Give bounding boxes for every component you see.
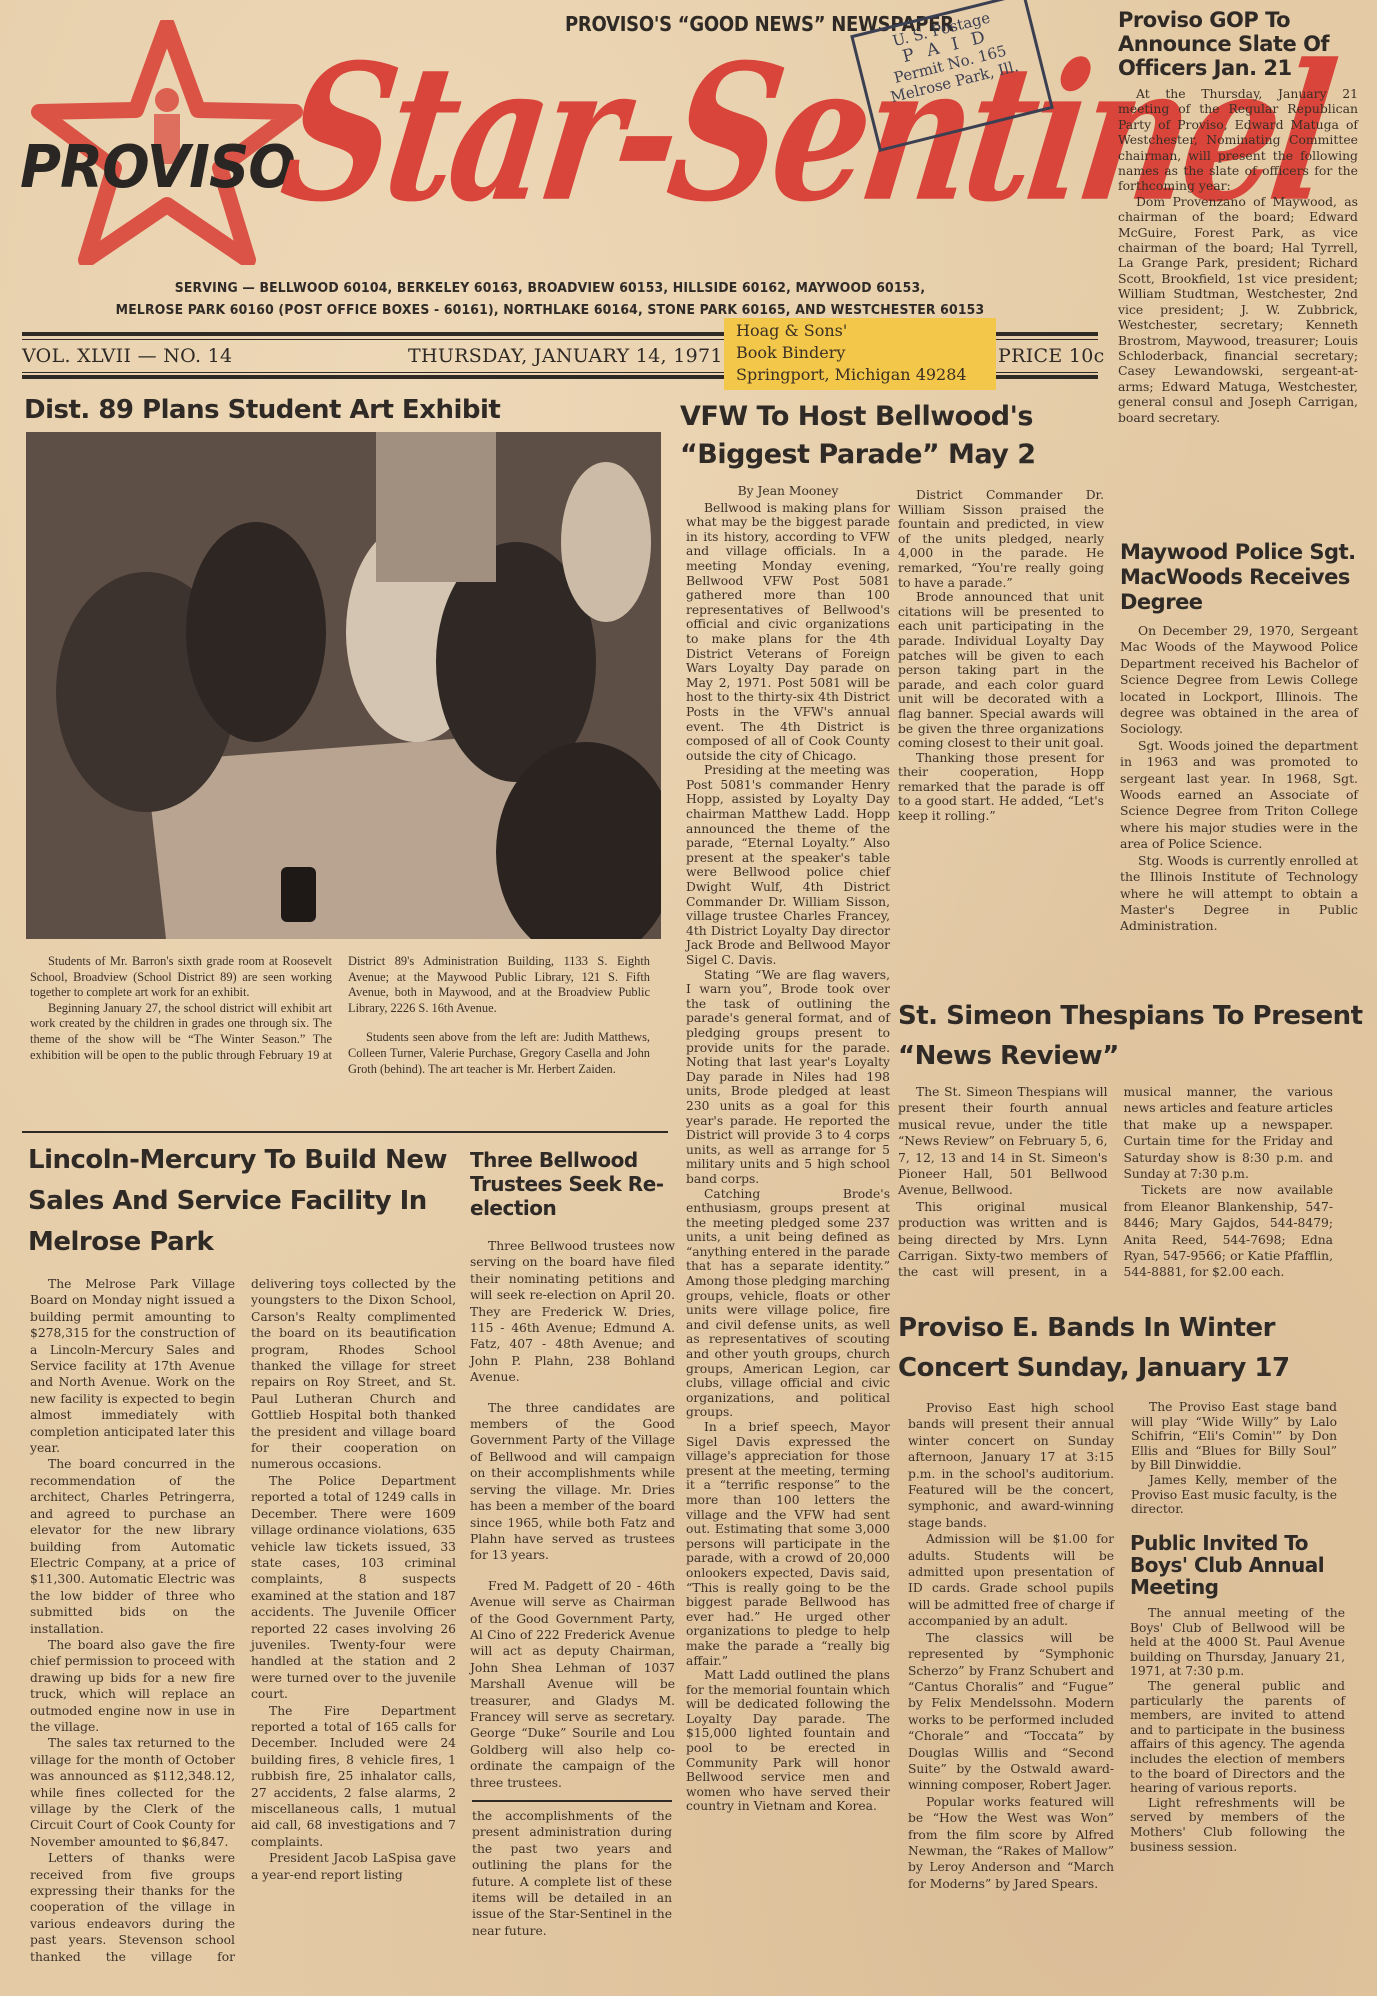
label-line: Hoag & Sons' — [736, 320, 984, 342]
paragraph: Sgt. Woods joined the department in 1963… — [1120, 738, 1358, 853]
paragraph: The sales tax returned to the village fo… — [30, 1735, 235, 1850]
photo-figures-icon — [26, 432, 661, 939]
headline: Public Invited To Boys' Club Annual Meet… — [1130, 1532, 1345, 1598]
serving-line-2: MELROSE PARK 60160 (POST OFFICE BOXES - … — [44, 302, 1056, 318]
paragraph: District Commander Dr. William Sisson pr… — [898, 488, 1104, 590]
headline: Maywood Police Sgt. MacWoods Receives De… — [1120, 540, 1358, 615]
article-trustees: Three Bellwood Trustees Seek Re-election… — [470, 1148, 675, 1791]
paragraph: The Proviso East stage band will play “W… — [1131, 1400, 1337, 1473]
paragraph: The classics will be represented by “Sym… — [908, 1630, 1114, 1794]
headline: Lincoln-Mercury To Build New Sales And S… — [28, 1140, 448, 1263]
paragraph: On December 29, 1970, Sergeant Mac Woods… — [1120, 623, 1358, 738]
paragraph: The Police Department reported a total o… — [251, 1473, 456, 1703]
paragraph: In a brief speech, Mayor Sigel Davis exp… — [686, 1420, 890, 1668]
divider — [22, 1131, 668, 1133]
volume-number: VOL. XLVII — NO. 14 — [22, 345, 232, 367]
paragraph: The Melrose Park Village Board on Monday… — [30, 1276, 235, 1456]
paragraph: Stg. Woods is currently enrolled at the … — [1120, 853, 1358, 935]
article-gop-slate: Proviso GOP To Announce Slate Of Officer… — [1118, 8, 1358, 425]
student-art-photo — [26, 432, 661, 939]
article-thespians: St. Simeon Thespians To Present “News Re… — [898, 996, 1368, 1281]
paragraph: Admission will be $1.00 for adults. Stud… — [908, 1531, 1114, 1629]
paragraph: Fred M. Padgett of 20 - 46th Avenue will… — [470, 1578, 675, 1791]
article-bands-col2: The Proviso East stage band will play “W… — [1131, 1400, 1337, 1517]
label-line: Book Bindery — [736, 342, 984, 364]
paragraph: Proviso East high school bands will pres… — [908, 1400, 1114, 1531]
paragraph: Brode announced that unit citations will… — [898, 590, 1104, 751]
paragraph: Presiding at the meeting was Post 5081's… — [686, 763, 890, 967]
paragraph: Popular works featured will be “How the … — [908, 1794, 1114, 1892]
article-lincoln-mercury: Lincoln-Mercury To Build New Sales And S… — [28, 1140, 448, 1263]
paragraph: The three candidates are members of the … — [470, 1400, 675, 1564]
headline: Proviso E. Bands In Winter Concert Sunda… — [898, 1308, 1368, 1388]
paragraph: Matt Ladd outlined the plans for the mem… — [686, 1668, 890, 1814]
paragraph: Thanking those present for their coopera… — [898, 751, 1104, 824]
paragraph: Tickets are now available from Eleanor B… — [1124, 1182, 1334, 1280]
article-vfw-parade: VFW To Host Bellwood's “Biggest Parade” … — [680, 398, 1120, 474]
paragraph: Students of Mr. Barron's sixth grade roo… — [30, 954, 332, 1001]
paragraph: Catching Brode's enthusiasm, groups pres… — [686, 1187, 890, 1421]
headline-art-exhibit: Dist. 89 Plans Student Art Exhibit — [24, 396, 500, 426]
article-bands-col1: Proviso East high school bands will pres… — [908, 1400, 1114, 1892]
paragraph: The Fire Department reported a total of … — [251, 1703, 456, 1851]
article-vfw-col1: By Jean Mooney Bellwood is making plans … — [686, 484, 890, 1814]
paragraph: President Jacob LaSpisa gave a year-end … — [251, 1850, 456, 1883]
paragraph: The general public and particularly the … — [1130, 1679, 1345, 1796]
label-line: Springport, Michigan 49284 — [736, 364, 984, 386]
article-art-exhibit-body: Students of Mr. Barron's sixth grade roo… — [30, 954, 650, 1077]
headline: St. Simeon Thespians To Present “News Re… — [898, 996, 1368, 1076]
headline: Three Bellwood Trustees Seek Re-election — [470, 1148, 675, 1220]
paragraph: The St. Simeon Thespians will present th… — [898, 1084, 1108, 1199]
article-lincoln-mercury-continued: the accomplishments of the present admin… — [472, 1808, 672, 1939]
paragraph: James Kelly, member of the Proviso East … — [1131, 1473, 1337, 1517]
headline: VFW To Host Bellwood's “Biggest Parade” … — [680, 398, 1120, 474]
paragraph: Bellwood is making plans for what may be… — [686, 501, 890, 764]
article-boys-club: Public Invited To Boys' Club Annual Meet… — [1130, 1532, 1345, 1854]
article-police-degree: Maywood Police Sgt. MacWoods Receives De… — [1120, 540, 1358, 935]
article-bands-concert: Proviso E. Bands In Winter Concert Sunda… — [898, 1308, 1368, 1388]
article-vfw-col2: District Commander Dr. William Sisson pr… — [898, 488, 1104, 824]
byline: By Jean Mooney — [686, 484, 890, 499]
proviso-logo-text: PROVISO — [20, 133, 295, 201]
paragraph: Dom Provenzano of Maywood, as chairman o… — [1118, 194, 1358, 425]
paragraph: Three Bellwood trustees now serving on t… — [470, 1238, 675, 1386]
price: PRICE 10c — [998, 345, 1105, 367]
paragraph: The board also gave the fire chief permi… — [30, 1637, 235, 1735]
paragraph: Students seen above from the left are: J… — [348, 1030, 650, 1077]
paragraph: Stating “We are flag wavers, I warn you”… — [686, 968, 890, 1187]
paragraph: The board concurred in the recommendatio… — [30, 1456, 235, 1636]
serving-line-1: SERVING — BELLWOOD 60104, BERKELEY 60163… — [44, 280, 1056, 296]
paragraph: The annual meeting of the Boys' Club of … — [1130, 1606, 1345, 1679]
paragraph: At the Thursday, January 21 meeting of t… — [1118, 86, 1358, 194]
article-lincoln-mercury-body: The Melrose Park Village Board on Monday… — [30, 1276, 456, 1966]
mailing-label: Hoag & Sons' Book Bindery Springport, Mi… — [724, 318, 996, 390]
divider — [472, 1800, 672, 1802]
issue-date: THURSDAY, JANUARY 14, 1971 — [408, 345, 723, 367]
paragraph: the accomplishments of the present admin… — [472, 1808, 672, 1939]
headline: Proviso GOP To Announce Slate Of Officer… — [1118, 8, 1358, 80]
paragraph: Light refreshments will be served by mem… — [1130, 1796, 1345, 1854]
